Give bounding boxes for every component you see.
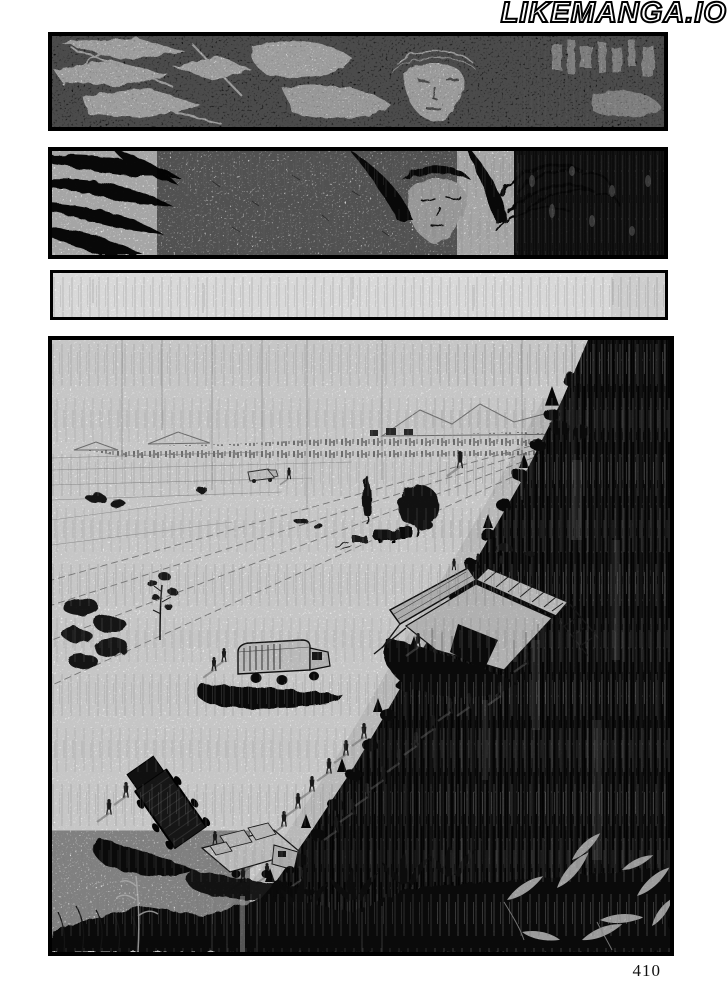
panel-4-camp-landscape (48, 336, 674, 956)
panel-1-art (52, 36, 664, 127)
panel-3-rain (50, 270, 668, 320)
panel-3-art (53, 273, 665, 317)
panel-1-jungle-faces (48, 32, 668, 131)
panel-2-hidden-face (48, 147, 668, 259)
panel-4-art (52, 340, 670, 952)
manga-page: LIKEMANGA.IO (0, 0, 728, 1008)
site-watermark: LIKEMANGA.IO (501, 0, 727, 30)
page-number: 410 (633, 961, 662, 981)
panel-2-art (52, 151, 664, 255)
